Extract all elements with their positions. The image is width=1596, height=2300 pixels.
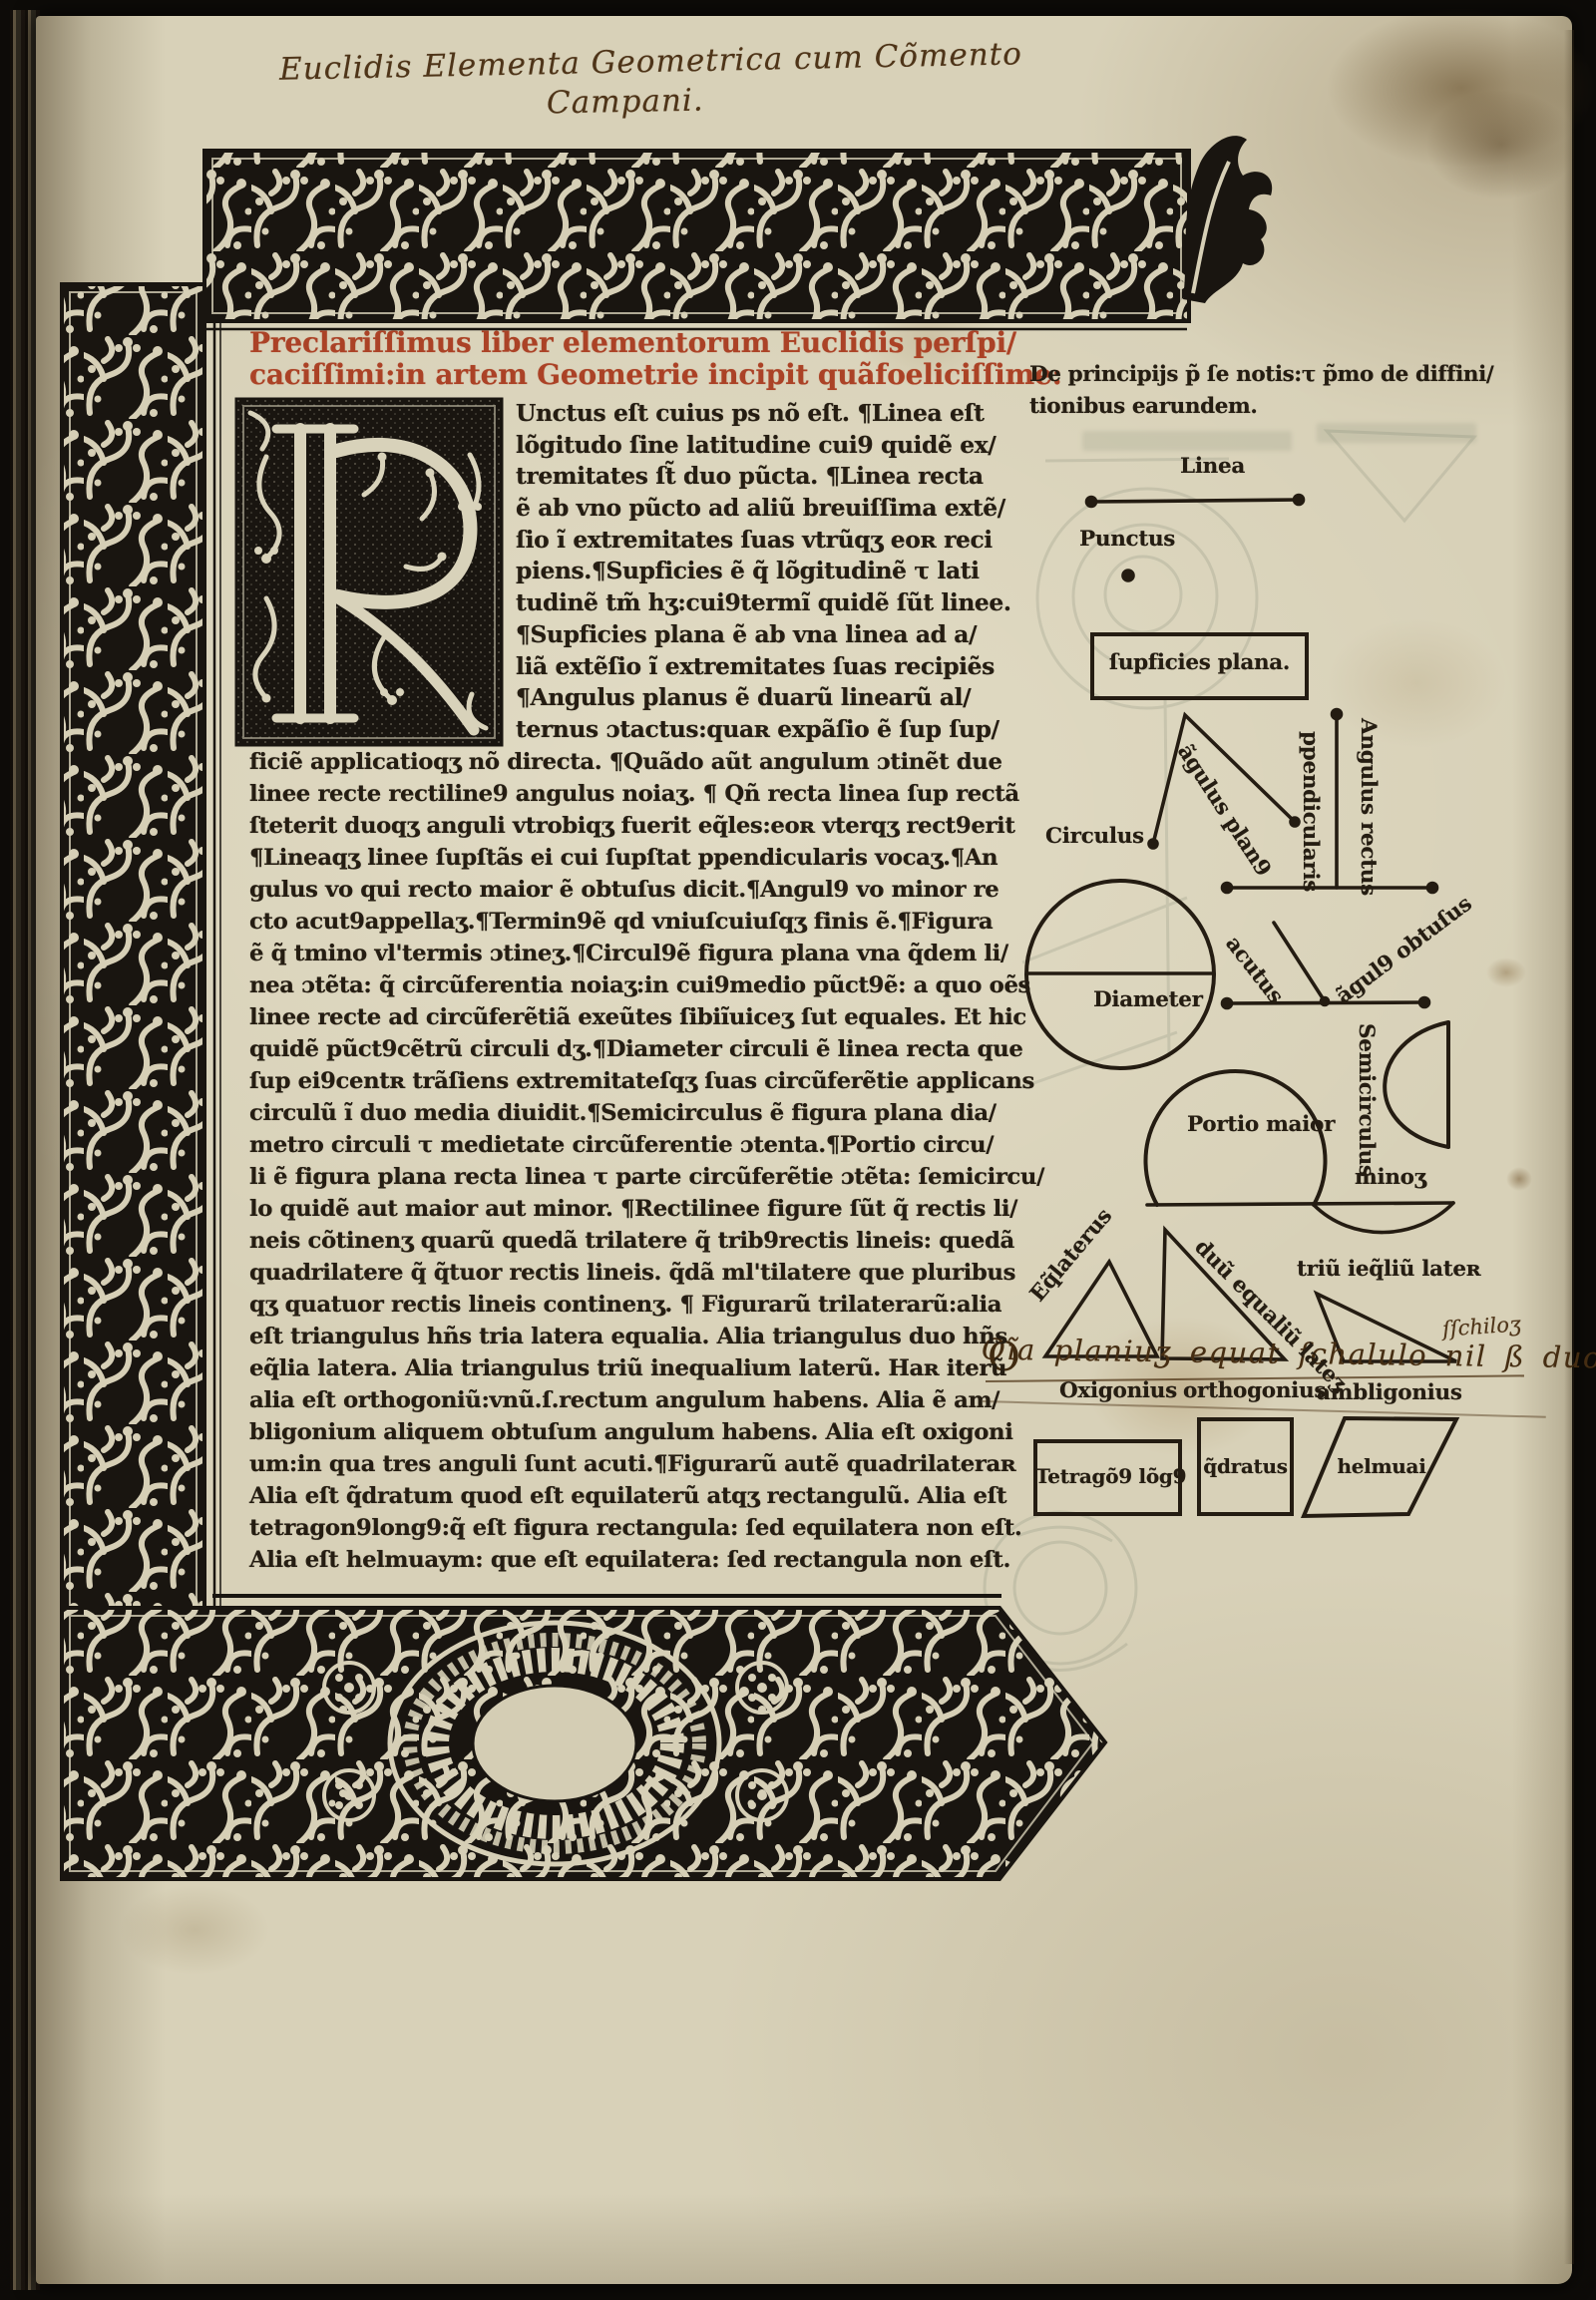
main-text-beside-initial: Unctus eſt cuius ps nõ eſt. ¶Linea eſtlõ… <box>516 398 1014 746</box>
woodcut-border-top <box>204 136 1272 329</box>
text-line: nea ɔtẽta: q̃ circũferentia noiaʒ:in cui… <box>249 969 1017 1001</box>
text-line: ẽ ab vno pũcto ad aliũ breuiſſima extẽ/ <box>516 493 1014 525</box>
text-line: qʒ quatuor rectis lineis continenʒ. ¶ Fi… <box>249 1289 1017 1321</box>
label-angulus-rectus: Angulus rectus <box>1356 718 1381 896</box>
diagram-circulus <box>1026 881 1214 1068</box>
main-text-full-width: ficiẽ applicatioqʒ nõ directa. ¶Quãdo aũ… <box>249 746 1017 1576</box>
text-line: ¶Lineaqʒ linee ſupſtãs ei cui ſupſtat pp… <box>249 842 1017 874</box>
text-line: um:in qua tres anguli ſunt acuti.¶Figura… <box>249 1448 1017 1480</box>
text-line: bligonium aliquem obtuſum angulum habens… <box>249 1416 1017 1448</box>
rubric-heading-line2: caciſſimi:in artem Geometrie incipit quã… <box>249 359 1037 391</box>
text-line: Alia eſt q̃dratum quod eſt equilaterũ at… <box>249 1480 1017 1512</box>
text-line: metro circuli τ medietate circũferentie … <box>249 1129 1017 1161</box>
label-portio-minor: minoʒ <box>1355 1165 1426 1190</box>
label-semicirculus: Semicirculus <box>1354 1023 1379 1177</box>
label-ambligonius: ambligonius <box>1317 1380 1462 1405</box>
text-line: ſio ĩ extremitates ſuas vtrũqʒ eoʀ reci <box>516 525 1014 557</box>
text-line: li ẽ figura plana recta linea τ parte ci… <box>249 1161 1017 1193</box>
label-linea: Linea <box>1180 454 1245 479</box>
diagram-punctus <box>1123 571 1133 580</box>
text-line: ẽ q̃ tmino vl'termis ɔtineʒ.¶Circul9ẽ fi… <box>249 938 1017 969</box>
text-line: ficiẽ applicatioqʒ nõ directa. ¶Quãdo aũ… <box>249 746 1017 778</box>
label-helmuai: helmuai <box>1327 1454 1436 1478</box>
definitions-heading-line2: tionibus earundem. <box>1029 391 1508 422</box>
label-quadratus: q̃dratus <box>1199 1454 1292 1478</box>
text-line: tremitates ſt̃ duo pũcta. ¶Linea recta <box>516 461 1014 493</box>
text-line: neis cõtinenʒ quarũ quedã trilatere q̃ t… <box>249 1225 1017 1257</box>
text-line: ternus ɔtactus:quaʀ expãſio ẽ ſup ſup/ <box>516 714 1014 746</box>
handwritten-title-line2: Campani. <box>547 83 704 122</box>
text-line: Unctus eſt cuius ps nõ eſt. ¶Linea eſt <box>516 398 1014 430</box>
text-line: lõgitudo ſine latitudine cui9 quidẽ ex/ <box>516 430 1014 462</box>
acanthus-leaf-ornament <box>1183 136 1272 303</box>
label-orthogonius: orthogonius <box>1183 1378 1326 1403</box>
diagram-portio <box>1146 1071 1454 1233</box>
label-superficies-plana: ſupficies plana. <box>1092 650 1307 675</box>
text-line: quidẽ pũct9cẽtrũ circuli dʒ.¶Diameter ci… <box>249 1033 1017 1065</box>
text-line: tudinẽ tm̃ hʒ:cui9termĩ quidẽ ſũt linee. <box>516 587 1014 619</box>
text-line: alia eſt orthogoniũ:vnũ.ſ.rectum angulum… <box>249 1384 1017 1416</box>
label-punctus: Punctus <box>1079 527 1175 552</box>
text-line: eq̃lia latera. Alia triangulus triũ ineq… <box>249 1352 1017 1384</box>
text-line: linee recte ad circũferẽtiã exeũtes ſibi… <box>249 1001 1017 1033</box>
text-line: lo quidẽ aut maior aut minor. ¶Rectiline… <box>249 1193 1017 1225</box>
text-line: ¶Supficies plana ẽ ab vna linea ad a/ <box>516 619 1014 651</box>
text-line: tetragon9long9:q̃ eſt figura rectangula:… <box>249 1512 1017 1544</box>
decorative-initial-P <box>236 399 502 745</box>
text-line: ¶Angulus planus ẽ duarũ linearũ al/ <box>516 682 1014 714</box>
text-line: gulus vo qui recto maior ẽ obtuſus dicit… <box>249 874 1017 906</box>
definitions-heading-line1: De principijs p̃ ſe notis:τ p̃mo de diff… <box>1029 359 1508 390</box>
label-portio-maior: Portio maior <box>1187 1112 1335 1137</box>
label-perpendicularis: ppendicularis <box>1298 731 1323 892</box>
label-tetragonus-longus: Tetragõ9 lõg9 <box>1035 1464 1180 1488</box>
label-trium-inequalium: triũ ieq̃liũ lateʀ <box>1297 1257 1480 1282</box>
text-line: piens.¶Supficies ẽ q̃ lõgitudinẽ τ lati <box>516 556 1014 587</box>
text-line: ſup ei9centʀ trãſiens extremitateſqʒ ſua… <box>249 1065 1017 1097</box>
text-line: linee recte rectiline9 angulus noiaʒ. ¶ … <box>249 778 1017 810</box>
text-line: cto acut9appellaʒ.¶Termin9ẽ qd vniuſcuiu… <box>249 906 1017 938</box>
text-line: Alia eſt helmuaym: que eſt equilatera: ſ… <box>249 1544 1017 1576</box>
woodcut-border-bottom <box>62 1596 1105 1879</box>
label-circulus: Circulus <box>1045 824 1144 849</box>
diagram-linea <box>1087 496 1304 507</box>
scanned-book-photo: { "manuscript": { "title_line1": "Euclid… <box>0 0 1596 2300</box>
text-line: liã extẽſio ĩ extremitates ſuas recipiẽs <box>516 651 1014 683</box>
label-diameter: Diameter <box>1093 987 1203 1012</box>
label-oxigonius: Oxigonius <box>1059 1378 1177 1403</box>
diagram-semicirculus <box>1385 1022 1448 1147</box>
rubric-heading-line1: Preclariſſimus liber elementorum Euclidi… <box>249 327 1037 359</box>
text-line: circulũ ĩ duo media diuidit.¶Semicirculu… <box>249 1097 1017 1129</box>
text-line: ſteterit duoqʒ anguli vtrobiqʒ fuerit eq… <box>249 810 1017 842</box>
text-line: eſt triangulus hñs tria latera equalia. … <box>249 1321 1017 1352</box>
text-line: quadrilatere q̃ q̃tuor rectis lineis. q̃… <box>249 1257 1017 1289</box>
